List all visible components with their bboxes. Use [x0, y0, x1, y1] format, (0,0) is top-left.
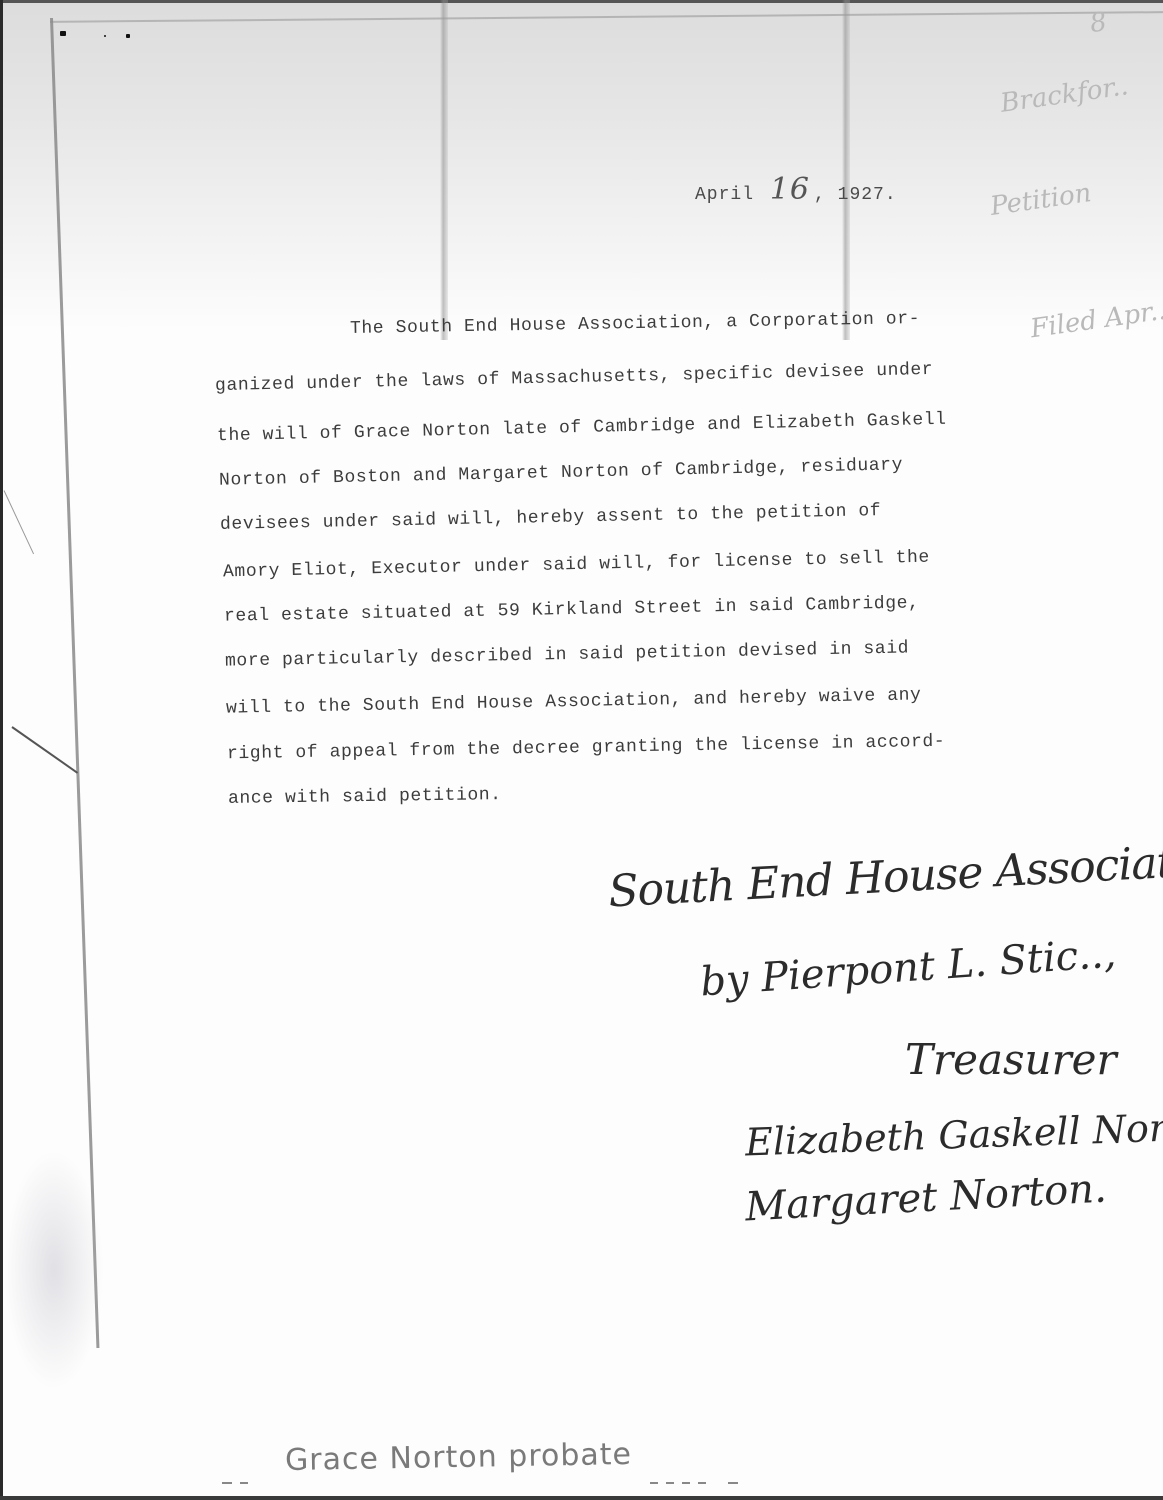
pen-mark [4, 490, 34, 554]
date-separator: , [814, 185, 826, 205]
date-day-handwritten: 16 [770, 172, 810, 207]
scan-speck [126, 34, 130, 38]
signature-margaret-norton: Margaret Norton. [744, 1166, 1108, 1231]
scan-speck [60, 31, 66, 36]
signature-by-treasurer: by Pierpont L. Stic.., [699, 931, 1118, 1006]
dash-mark [728, 1482, 738, 1484]
scan-border-left [0, 0, 3, 1500]
pen-mark [11, 726, 78, 774]
scan-border-top [0, 0, 1163, 3]
dash-mark [240, 1482, 248, 1484]
signature-elizabeth-gaskell-norton: Elizabeth Gaskell Norton [744, 1104, 1163, 1165]
body-line: real estate situated at 59 Kirkland Stre… [224, 593, 920, 626]
body-line: ance with said petition. [228, 785, 502, 809]
scan-speck [104, 35, 106, 37]
dash-mark [222, 1482, 232, 1484]
body-line: more particularly described in said peti… [225, 638, 909, 671]
body-line: devisees under said will, hereby assent … [220, 501, 882, 535]
dash-mark [650, 1482, 710, 1484]
body-line: will to the South End House Association,… [226, 685, 922, 718]
paper-fold-shadow [440, 0, 448, 340]
scan-shading [0, 0, 1163, 330]
body-line: right of appeal from the decree granting… [227, 732, 946, 765]
document-date: April 16, 1927. [695, 172, 897, 207]
body-line: the will of Grace Norton late of Cambrid… [217, 410, 947, 447]
date-month: April [695, 185, 754, 205]
scan-border-bottom [0, 1496, 1163, 1500]
body-line: ganized under the laws of Massachusetts,… [215, 360, 934, 396]
date-year: 1927. [838, 185, 897, 205]
signature-association: South End House Association [607, 834, 1163, 918]
paper-fold-shadow [842, 0, 850, 340]
signature-title-treasurer: Treasurer [905, 1035, 1117, 1084]
footer-handwritten-note: Grace Norton probate [285, 1437, 633, 1478]
body-line: Norton of Boston and Margaret Norton of … [219, 455, 903, 491]
scan-smudge [4, 1150, 104, 1390]
body-line: Amory Eliot, Executor under said will, f… [223, 548, 930, 583]
